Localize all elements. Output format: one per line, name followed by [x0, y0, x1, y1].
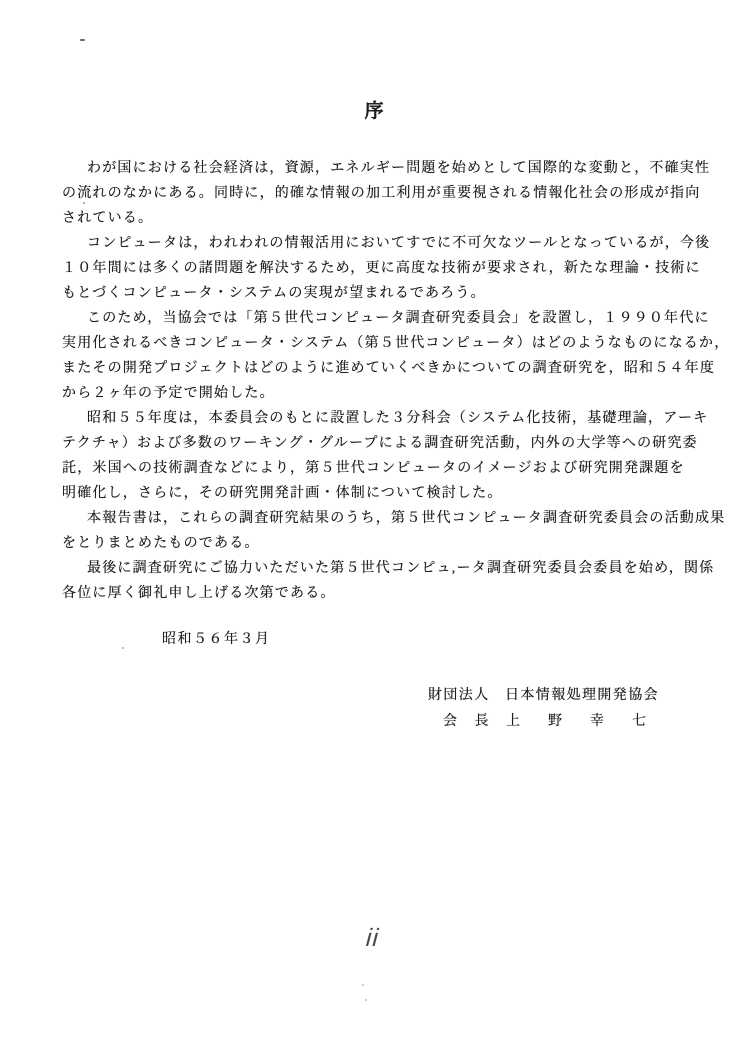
text-line: 各位に厚く御礼申し上げる次第である。 — [62, 581, 722, 606]
text-line: 実用化されるべきコンピュータ・システム（第５世代コンピュータ）はどのようなものに… — [62, 331, 722, 356]
scan-speck — [80, 39, 85, 41]
text-line: 託，米国への技術調査などにより，第５世代コンピュータのイメージおよび研究開発課題… — [62, 456, 722, 481]
text-line: 本報告書は，これらの調査研究結果のうち，第５世代コンピュータ調査研究委員会の活動… — [62, 506, 722, 531]
text-line: またその開発プロジェクトはどのように進めていくべきかについての調査研究を，昭和５… — [62, 356, 722, 381]
text-line: このため，当協会では「第５世代コンピュータ調査研究委員会」を設置し，１９９０年代… — [62, 306, 722, 331]
text-line: わが国における社会経済は，資源，エネルギー問題を始めとして国際的な変動と，不確実… — [62, 156, 722, 181]
scan-speck — [83, 202, 85, 204]
preface-body: わが国における社会経済は，資源，エネルギー問題を始めとして国際的な変動と，不確実… — [62, 156, 722, 606]
text-line: 昭和５５年度は，本委員会のもとに設置した３分科会（システム化技術，基礎理論，アー… — [62, 406, 722, 431]
text-line: 明確化し，さらに，その研究開発計画・体制について検討した。 — [62, 481, 722, 506]
page-number: ii — [365, 924, 380, 953]
signature-chairman: 会 長 上 野 幸 七 — [443, 713, 653, 731]
scan-speck — [122, 647, 124, 649]
signature-organization: 財団法人 日本情報処理開発協会 — [428, 687, 659, 705]
text-line: の流れのなかにある。同時に，的確な情報の加工利用が重要視される情報化社会の形成が… — [62, 181, 722, 206]
text-line: もとづくコンピュータ・システムの実現が望まれるであろう。 — [62, 281, 722, 306]
text-line: から２ヶ年の予定で開始した。 — [62, 381, 722, 406]
text-line: コンピュータは，われわれの情報活用においてすでに不可欠なツールとなっているが，今… — [62, 231, 722, 256]
text-line: されている。 — [62, 206, 722, 231]
text-line: テクチャ）および多数のワーキング・グループによる調査研究活動，内外の大学等への研… — [62, 431, 722, 456]
scan-speck — [362, 984, 364, 986]
date-line: 昭和５６年３月 — [162, 630, 271, 650]
page-title: 序 — [0, 96, 750, 123]
text-line: １０年間には多くの諸問題を解決するため，更に高度な技術が要求され，新たな理論・技… — [62, 256, 722, 281]
scan-speck — [365, 999, 367, 1001]
text-line: 最後に調査研究にご協力いただいた第５世代コンピュ,ータ調査研究委員会委員を始め，… — [62, 556, 722, 581]
text-line: をとりまとめたものである。 — [62, 531, 722, 556]
scanned-document-page: 序 わが国における社会経済は，資源，エネルギー問題を始めとして国際的な変動と，不… — [0, 0, 750, 1054]
